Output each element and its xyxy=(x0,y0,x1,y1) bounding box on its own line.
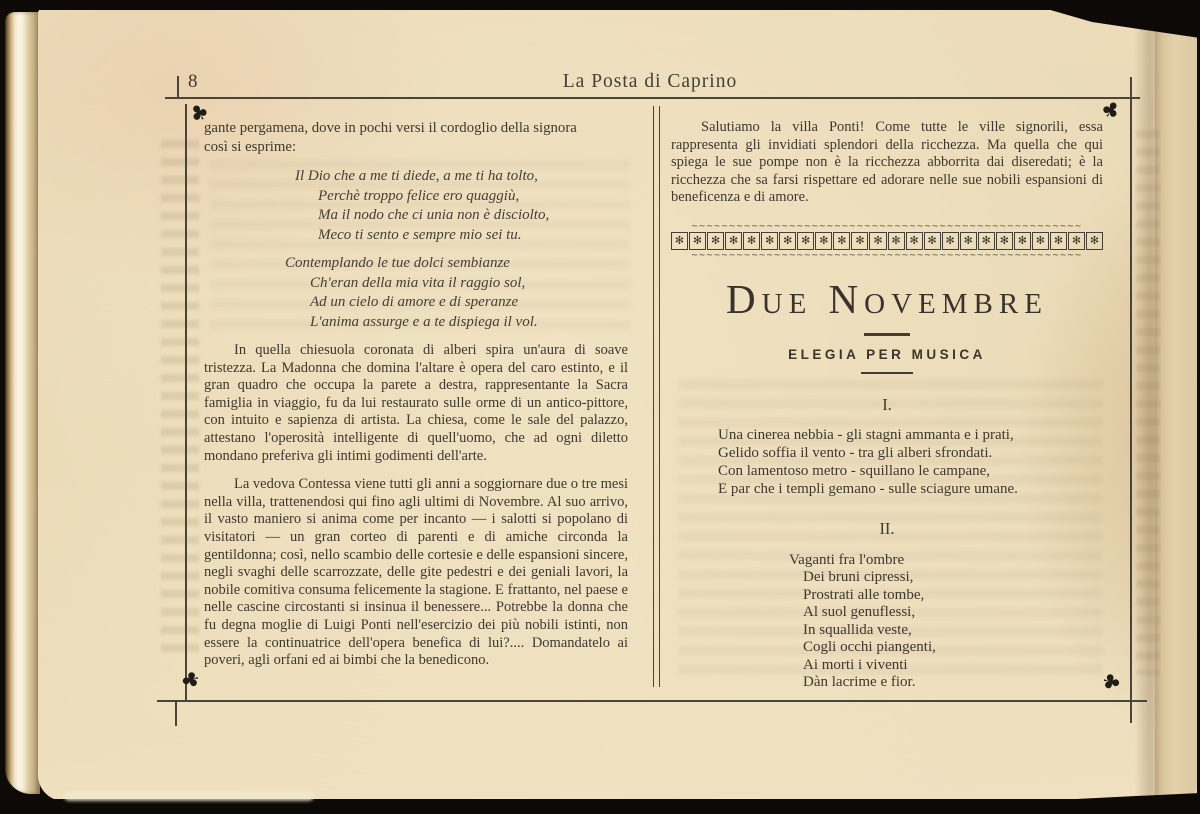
flower-tile-icon: ✻ xyxy=(851,232,868,250)
ornament-border: ~~~~~~~~~~~~~~~~~~~~~~~~~~~~~~~~~~~~~~~~… xyxy=(671,223,1103,259)
wavy-line-icon: ~~~~~~~~~~~~~~~~~~~~~~~~~~~~~~~~~~~~~~~~… xyxy=(671,223,1103,230)
wavy-line-icon: ~~~~~~~~~~~~~~~~~~~~~~~~~~~~~~~~~~~~~~~~… xyxy=(671,252,1103,259)
flower-tile-icon: ✻ xyxy=(815,232,832,250)
text-line: così si esprime: xyxy=(204,138,628,157)
poem-line: Il Dio che a me ti diede, a me ti ha tol… xyxy=(295,167,628,187)
flower-tile-icon: ✻ xyxy=(924,232,941,250)
flower-tile-icon: ✻ xyxy=(1014,232,1031,250)
paragraph-chiesuola: In quella chiesuola coronata di alberi s… xyxy=(204,342,628,465)
poem-line: Meco ti sento e sempre mio sei tu. xyxy=(318,226,628,246)
poem-line: Ai morti i viventi xyxy=(803,657,1103,675)
flower-tile-icon: ✻ xyxy=(1050,232,1067,250)
poem-line: Al suol genuflessi, xyxy=(803,604,1103,622)
text-line: gante pergamena, dove in pochi versi il … xyxy=(204,119,628,138)
flower-tile-icon: ✻ xyxy=(779,232,796,250)
frame-bottom-tick xyxy=(175,702,177,726)
header-rule xyxy=(165,97,1140,99)
footer-rule xyxy=(157,700,1147,702)
scanned-periodical-page: ♣ ♣ ♣ ♣ 8 La Posta di Caprino gante perg… xyxy=(0,0,1200,814)
poem-line: Vaganti fra l'ombre xyxy=(789,552,1103,570)
article-subtitle: ELEGIA PER MUSICA xyxy=(671,347,1103,362)
frame-left-line xyxy=(185,104,187,701)
flower-tile-icon: ✻ xyxy=(906,232,923,250)
intro-lines: gante pergamena, dove in pochi versi il … xyxy=(204,119,628,156)
flower-tile-icon: ✻ xyxy=(707,232,724,250)
flower-tile-icon: ✻ xyxy=(978,232,995,250)
poem-line: Perchè troppo felice ero quaggiù, xyxy=(318,187,628,207)
elegy-stanza-2: Vaganti fra l'ombreDei bruni cipressi,Pr… xyxy=(803,552,1103,692)
section-numeral: I. xyxy=(671,395,1103,415)
title-rule xyxy=(864,333,910,336)
subtitle-rule xyxy=(861,372,913,374)
paragraph-contessa: La vedova Contessa viene tutti gli anni … xyxy=(204,476,628,670)
poem-stanza: Contemplando le tue dolci sembianzeCh'er… xyxy=(310,254,628,332)
flower-tile-icon: ✻ xyxy=(942,232,959,250)
flower-tile-icon: ✻ xyxy=(689,232,706,250)
flower-tile-icon: ✻ xyxy=(1068,232,1085,250)
poem-line: Ch'eran della mia vita il raggio sol, xyxy=(310,274,628,294)
flower-tile-icon: ✻ xyxy=(1086,232,1103,250)
flower-tile-icon: ✻ xyxy=(960,232,977,250)
article-title: Due Novembre xyxy=(671,279,1103,320)
flower-tile-icon: ✻ xyxy=(888,232,905,250)
frame-top-tick xyxy=(177,76,179,97)
poem-line: Dei bruni cipressi, xyxy=(803,569,1103,587)
right-column: Salutiamo la villa Ponti! Come tutte le … xyxy=(671,119,1103,692)
poem-line: Prostrati alle tombe, xyxy=(803,587,1103,605)
memorial-poem: Il Dio che a me ti diede, a me ti ha tol… xyxy=(204,167,628,332)
paragraph-villa-ponti: Salutiamo la villa Ponti! Come tutte le … xyxy=(671,119,1103,207)
poem-line: Ad un cielo di amore e di speranze xyxy=(310,293,628,313)
flower-tile-icon: ✻ xyxy=(761,232,778,250)
poem-stanza: Il Dio che a me ti diede, a me ti ha tol… xyxy=(318,167,628,245)
flower-tile-icon: ✻ xyxy=(833,232,850,250)
flower-tile-icon: ✻ xyxy=(743,232,760,250)
elegy-stanza-1: Una cinerea nebbia - gli stagni ammanta … xyxy=(718,426,1103,498)
book-page-edges xyxy=(5,12,40,794)
poem-line: Una cinerea nebbia - gli stagni ammanta … xyxy=(718,426,1103,444)
flower-tile-icon: ✻ xyxy=(1032,232,1049,250)
left-column: gante pergamena, dove in pochi versi il … xyxy=(204,119,628,670)
flower-tile-icon: ✻ xyxy=(869,232,886,250)
background-top xyxy=(0,0,1200,10)
flower-tile-icon: ✻ xyxy=(797,232,814,250)
poem-line: In squallida veste, xyxy=(803,622,1103,640)
flower-tile-icon: ✻ xyxy=(996,232,1013,250)
poem-line: Con lamentoso metro - squillano le campa… xyxy=(718,462,1103,480)
poem-line: Dàn lacrime e fior. xyxy=(803,674,1103,692)
page-fold-shadow xyxy=(1134,14,1162,796)
page-number: 8 xyxy=(188,71,198,93)
section-numeral: II. xyxy=(671,519,1103,539)
frame-right-line xyxy=(1130,77,1132,723)
flower-tile-icon: ✻ xyxy=(725,232,742,250)
column-divider xyxy=(653,106,660,687)
poem-line: Contemplando le tue dolci sembianze xyxy=(285,254,628,274)
poem-line: L'anima assurge e a te dispiega il vol. xyxy=(310,313,628,333)
flower-tile-icon: ✻ xyxy=(671,232,688,250)
page-bottom-edge xyxy=(64,791,314,801)
poem-line: Cogli occhi piangenti, xyxy=(803,639,1103,657)
poem-line: E par che i templi gemano - sulle sciagu… xyxy=(718,480,1103,498)
poem-line: Gelido soffia il vento - tra gli alberi … xyxy=(718,444,1103,462)
running-head-title: La Posta di Caprino xyxy=(400,71,900,93)
ornament-tile-row: ✻✻✻✻✻✻✻✻✻✻✻✻✻✻✻✻✻✻✻✻✻✻✻✻ xyxy=(671,232,1103,250)
poem-line: Ma il nodo che ci unia non è disciolto, xyxy=(318,206,628,226)
